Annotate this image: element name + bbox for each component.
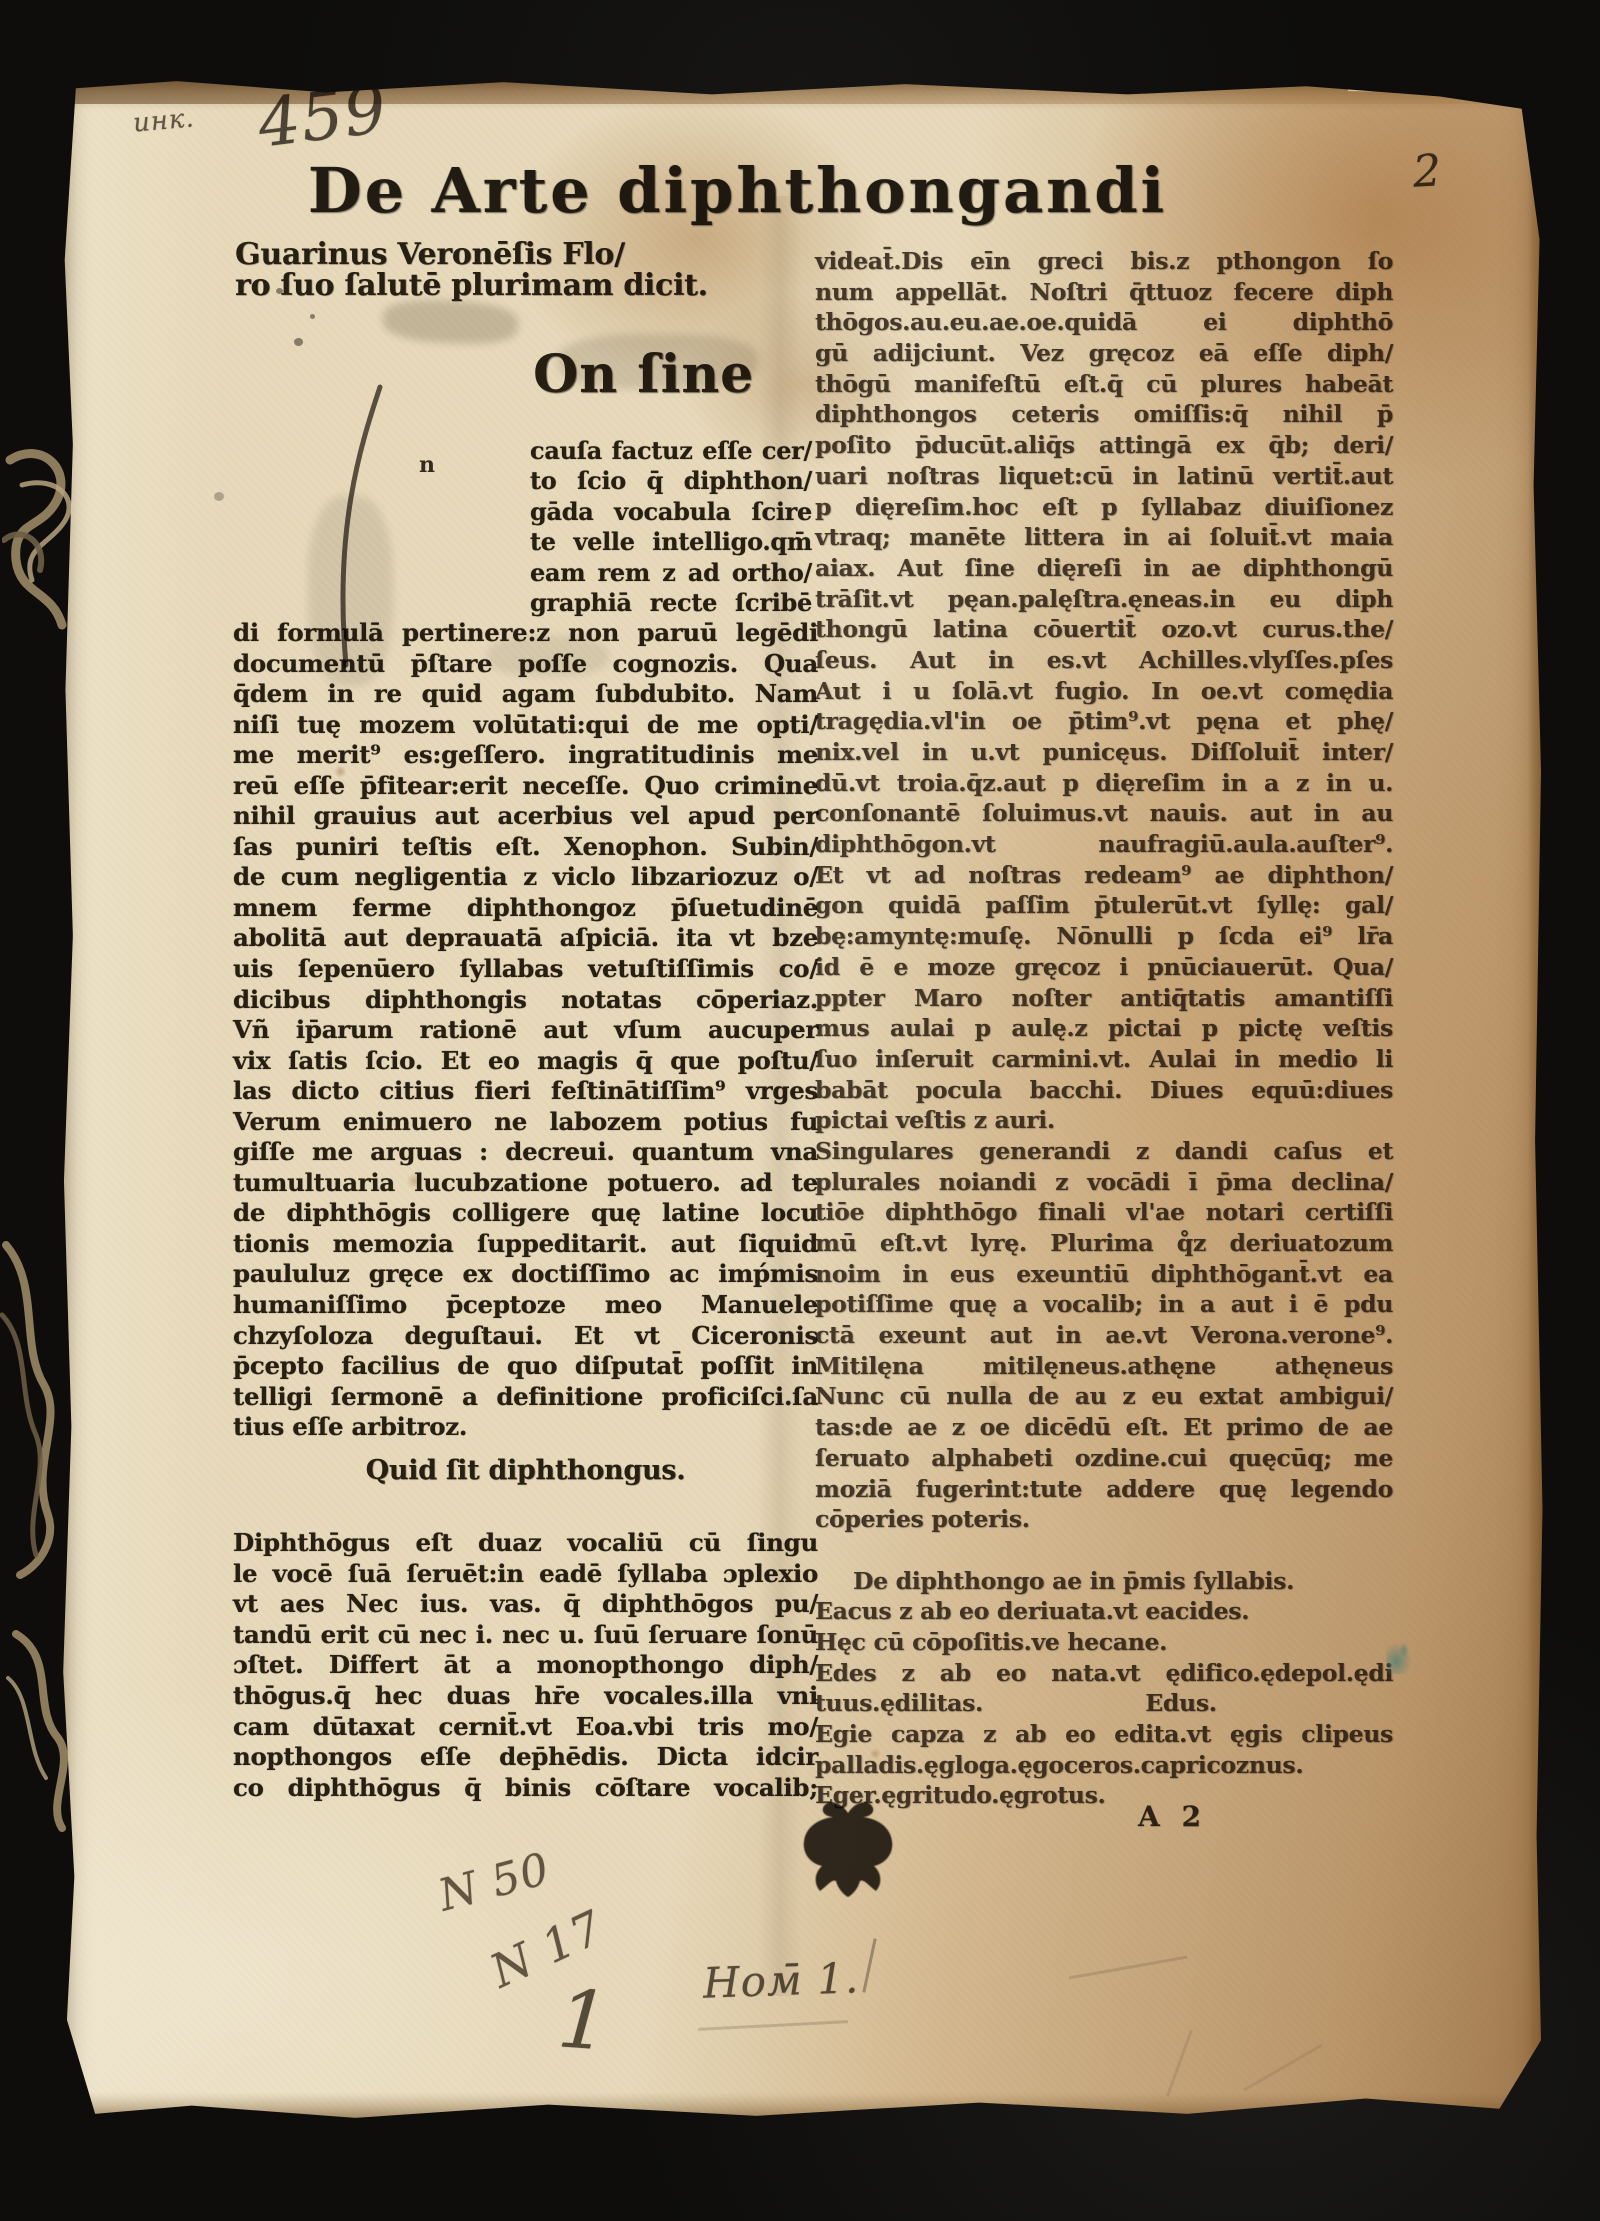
text-line: giſſe me arguas : decreui. quantum vna	[233, 1137, 818, 1168]
text-line: poſito p̄ducūt.aliq̄s attingā ex q̄b; de…	[815, 430, 1393, 461]
text-line: p̄cepto facilius de quo diſputat̄ poſſit…	[233, 1351, 818, 1382]
text-line: Eacus z ab eo deriuata.vt eacides.	[815, 1596, 1393, 1627]
ink-smudge	[382, 297, 519, 346]
opening-large-words: On ſine	[533, 344, 754, 405]
text-line: de diphthōgis colligere quę latine locu	[233, 1198, 818, 1229]
text-line: cōperies poteris.	[815, 1504, 1393, 1535]
text-line: babāt pocula bacchi. Diues equū:diues	[815, 1075, 1393, 1106]
text-line: nopthongos eſſe dep̄hēdis. Dicta idcir	[233, 1742, 818, 1773]
salutation-line: ro ſuo ſalutē plurimam dicit.	[235, 267, 820, 298]
pencil-note-n50: N 50	[433, 1843, 555, 1921]
ink-speck	[214, 492, 224, 501]
text-line: conſonantē ſoluimus.vt nauis. aut in au	[815, 798, 1393, 829]
text-line: De diphthongo ae in p̄mis ſyllabis.	[815, 1566, 1393, 1597]
text-line: p dięreſim.hoc eſt p ſyllabaz diuiſionez	[815, 492, 1393, 523]
text-line: mū eſt.vt lyrę. Plurima q̊z deriuatozum	[815, 1228, 1393, 1259]
text-line: tumultuaria lucubzatione potuero. ad te	[233, 1168, 818, 1199]
text-line: niſi tuę mozem volūtati:qui de me opti/	[233, 710, 818, 741]
left-column-opening: cauſa factuz eſſe cer/to ſcio q̄ diphtho…	[530, 436, 812, 618]
text-line: palladis.ęgloga.ęgoceros.capricoznus.	[815, 1750, 1393, 1781]
text-line: te velle intelligo.qm̄	[530, 527, 812, 557]
text-line: moziā fugerint:tute addere quę legendo	[815, 1474, 1393, 1505]
text-line: diphthōgon.vt naufragiū.aula.auſter⁹.	[815, 829, 1393, 860]
text-line: dicibus diphthongis notatas cōperiaz.	[233, 985, 818, 1016]
text-line: gāda vocabula ſcire	[530, 497, 812, 527]
text-line: Mitilęna mitilęneus.athęne athęneus	[815, 1351, 1393, 1382]
salutation-line: Guarinus Veronēſis Flo/	[235, 236, 820, 267]
book-page: инк. 459 2 De Arte diphthongandi Guarinu…	[58, 76, 1544, 2122]
text-line: mus aulai p aulę.z pictai p pictę veſtis	[815, 1013, 1393, 1044]
folio-number: 2	[1412, 145, 1444, 197]
text-line: Edes z ab eo nata.vt ędifico.ędepol.ędi	[815, 1658, 1393, 1689]
text-line: thōgos.au.eu.ae.oe.quidā ei diphthō	[815, 307, 1393, 338]
text-line: mnem ferme diphthongoz p̄ſuetudinē	[233, 893, 818, 924]
text-line: diphthongos ceteris omiſſis:q̄ nihil p̄	[815, 399, 1393, 430]
blue-ink-mark	[1386, 1642, 1412, 1674]
text-line: q̄dem in re quid agam ſubdubito. Nam	[233, 679, 818, 710]
photo-background: { "photo": { "colors": { "background": "…	[0, 0, 1600, 2221]
text-line: ppter Maro noſter antiq̄tatis amantiſſi	[815, 983, 1393, 1014]
left-column-body: di formulā pertinere:z non paruū legēdid…	[233, 618, 818, 1443]
text-line: Singulares generandi z dandi caſus et	[815, 1136, 1393, 1167]
page-title: De Arte diphthongandi	[308, 154, 1167, 227]
initial-guide-letter: n	[419, 452, 435, 478]
text-line: to ſcio q̄ diphthon/	[530, 466, 812, 496]
text-line: me merit⁹ es:geſſero. ingratitudinis me	[233, 740, 818, 771]
text-line: humaniſſimo p̄ceptoze meo Manuele	[233, 1290, 818, 1321]
text-line: Nunc cū nulla de au z eu extat ambigui/	[815, 1381, 1393, 1412]
library-eagle-stamp	[798, 1792, 898, 1904]
text-line: graphiā recte ſcribē	[530, 588, 812, 618]
text-line: ſeruato alphabeti ozdine.cui quęcūq; me	[815, 1443, 1393, 1474]
pencil-stroke	[862, 1938, 876, 1992]
text-line: bę:amyntę:muſę. Nōnulli p ſcda ei⁹ lr̄a	[815, 921, 1393, 952]
text-line: id ē e moze gręcoz i pnūciauerūt. Qua/	[815, 952, 1393, 983]
text-line: paululuz gręce ex doctiſſimo ac imṕmis	[233, 1259, 818, 1290]
text-line: documentū p̄ſtare poſſe cognozis. Qua	[233, 649, 818, 680]
pencil-stroke	[1166, 2030, 1193, 2097]
text-line: eam rem z ad ortho/	[530, 558, 812, 588]
text-line: num appellāt. Noſtri q̄ttuoz fecere diph	[815, 277, 1393, 308]
text-line: tas:de ae z oe dicēdū eſt. Et primo de a…	[815, 1412, 1393, 1443]
text-line: le vocē ſuā ſeruēt:in eadē ſyllaba ɔplex…	[233, 1559, 818, 1590]
text-line: cauſa factuz eſſe cer/	[530, 436, 812, 466]
text-line: de cum negligentia z viclo libzariozuz o…	[233, 862, 818, 893]
text-line: aiax. Aut ſine dięreſi in ae diphthongū	[815, 553, 1393, 584]
text-line: telligi ſermonē a definitione proficiſci…	[233, 1382, 818, 1413]
text-line: pictai veſtis z auri.	[815, 1105, 1393, 1136]
text-line: ctā exeunt aut in ae.vt Verona.verone⁹.	[815, 1320, 1393, 1351]
text-line: uis ſepenūero ſyllabas vetuſtiſſimis co/	[233, 954, 818, 985]
text-line: reū eſſe p̄fitear:erit neceſſe. Quo crim…	[233, 771, 818, 802]
text-line: tandū erit cū nec i. nec u. ſuū ſeruare …	[233, 1620, 818, 1651]
text-line: di formulā pertinere:z non paruū legēdi	[233, 618, 818, 649]
text-line: las dicto citius fieri feſtinātiſſim⁹ vr…	[233, 1076, 818, 1107]
text-line: co diphthōgus q̄ binis cōſtare vocalib;	[233, 1773, 818, 1804]
pencil-stroke	[1069, 1956, 1188, 1980]
text-line: plurales noiandi z vocādi ī p̄ma declina…	[815, 1167, 1393, 1198]
left-column-paragraph2: Diphthōgus eſt duaz vocaliū cū ſingule v…	[233, 1528, 818, 1803]
text-line: tionis memozia ſuppeditarit. aut ſiquid	[233, 1229, 818, 1260]
section-heading: Quid ſit diphthongus.	[233, 1455, 818, 1486]
pencil-stroke	[1243, 2044, 1322, 2092]
text-line: thōgus.q̄ hec duas hr̄e vocales.illa vni	[233, 1681, 818, 1712]
text-line: ɔſtet. Differt āt a monopthongo diph/	[233, 1650, 818, 1681]
text-line: tius eſſe arbitroz.	[233, 1412, 818, 1443]
text-line: chzyſoloza deguſtaui. Et vt Ciceronis	[233, 1321, 818, 1352]
ink-speck	[276, 288, 283, 294]
text-line: Vñ ip̄arum rationē aut vſum aucuper	[233, 1015, 818, 1046]
pencil-note-hom: Ном̄ 1.	[702, 1953, 860, 2007]
author-salutation: Guarinus Veronēſis Flo/ ro ſuo ſalutē pl…	[235, 236, 820, 297]
text-line: ſuo inſeruit carmini.vt. Aulai in medio …	[815, 1044, 1393, 1075]
text-line: thōgū manifeſtū eſt.q̄ cū plures habeāt	[815, 369, 1393, 400]
text-line: uari noſtras liquet:cū in latinū vertit̄…	[815, 461, 1393, 492]
ink-speck	[310, 314, 315, 319]
text-line: tiōe diphthōgo finali vl'ae notari certi…	[815, 1197, 1393, 1228]
text-line: nix.vel in u.vt punicęus. Diſſoluit̄ int…	[815, 737, 1393, 768]
text-line: ſas puniri teſtis eſt. Xenophon. Subin/	[233, 832, 818, 863]
text-line: dū.vt troia.q̄z.aut p dięreſim in a z in…	[815, 768, 1393, 799]
text-line: Hęc cū cōpoſitis.ve hecane.	[815, 1627, 1393, 1658]
text-line: gon quidā paſſim p̄tulerūt.vt ſyllę: gal…	[815, 890, 1393, 921]
inventory-number: 459	[254, 70, 391, 162]
page-edge-sliver	[1348, 75, 1508, 93]
right-column-body: videat̄.Dis eīn greci bis.z pthongon ſon…	[815, 246, 1393, 1811]
text-line: noim in eus exeuntiū diphthōgant̄.vt ea	[815, 1259, 1393, 1290]
text-line: Aut i u ſolā.vt fugio. In oe.vt comędia	[815, 676, 1393, 707]
text-line: potiſſime quę a vocalib; in a aut i ē pd…	[815, 1289, 1393, 1320]
text-line: vtraq; manēte littera in ai ſoluit̄.vt m…	[815, 522, 1393, 553]
pencil-note-one: 1	[555, 1972, 613, 2068]
text-line: Verum enimuero ne labozem potius fu	[233, 1107, 818, 1138]
text-line: tragędia.vl'in oe p̄tim⁹.vt pęna et phę/	[815, 706, 1393, 737]
text-line: nihil grauius aut acerbius vel apud per	[233, 801, 818, 832]
text-line: Diphthōgus eſt duaz vocaliū cū ſingu	[233, 1528, 818, 1559]
text-line: Et vt ad noſtras redeam⁹ ae diphthon/	[815, 860, 1393, 891]
text-line: Egie capza z ab eo edita.vt ęgis clipeus	[815, 1719, 1393, 1750]
signature-mark: A 2	[1138, 1800, 1207, 1833]
text-line: videat̄.Dis eīn greci bis.z pthongon ſo	[815, 246, 1393, 277]
text-line: cam dūtaxat cernit̄.vt Eoa.vbi tris mo/	[233, 1712, 818, 1743]
text-line: vt aes Nec ius. vas. q̄ diphthōgos pu/	[233, 1589, 818, 1620]
text-line: Eger.ęgritudo.ęgrotus.	[815, 1780, 1393, 1811]
text-line: abolitā aut deprauatā aſpiciā. ita vt bz…	[233, 923, 818, 954]
pencil-stroke	[698, 2020, 848, 2031]
text-line: thongū latina cōuertit̄ ozo.vt curus.the…	[815, 614, 1393, 645]
text-line	[815, 1535, 1393, 1566]
text-line: trāſit.vt pęan.palęſtra.ęneas.in eu diph	[815, 584, 1393, 615]
text-line: ſeus. Aut in es.vt Achilles.vlyſſes.pſes	[815, 645, 1393, 676]
text-line: gū adijciunt. Vez gręcoz eā eſſe diph/	[815, 338, 1393, 369]
text-line: tuus.ędilitas. Edus.	[815, 1688, 1393, 1719]
text-line: vix ſatis ſcio. Et eo magis q̄ que poſtu…	[233, 1046, 818, 1077]
inventory-note: инк.	[132, 103, 196, 138]
ink-speck	[294, 338, 303, 346]
